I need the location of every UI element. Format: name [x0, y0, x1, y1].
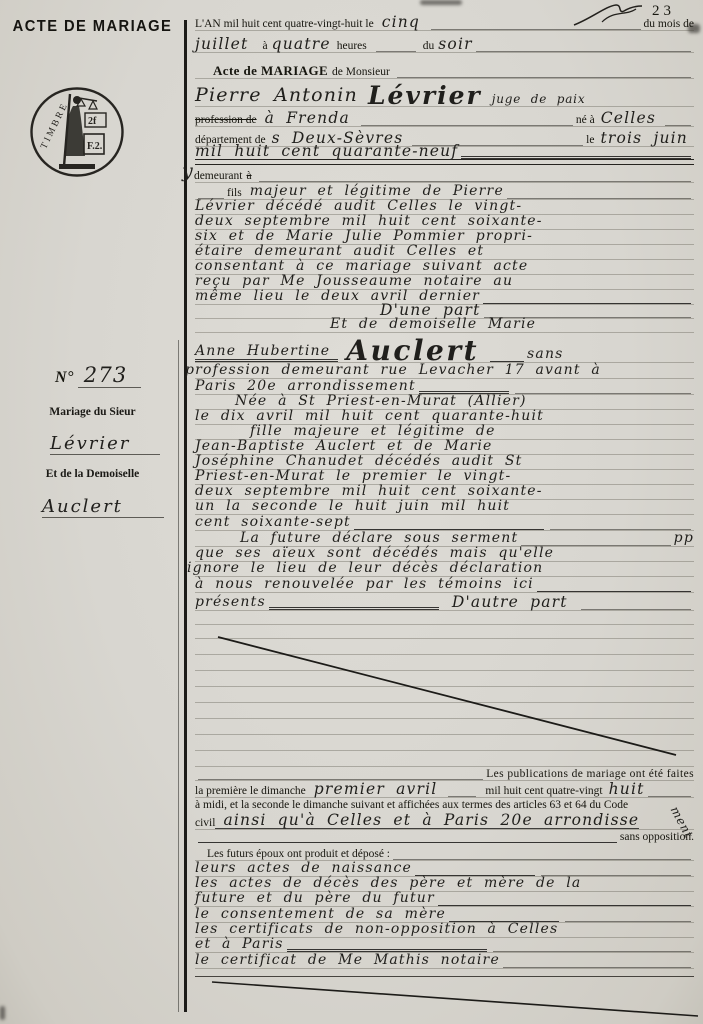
blank-ruled-line: [195, 736, 694, 751]
documents-intro-line: Les futurs époux ont produit et déposé :: [195, 845, 694, 861]
handwritten-text: Paris 20e arrondissement: [195, 379, 416, 394]
marriage-certificate-page: 23 ACTE DE MARIAGE TIMBRE 2f F.2. N° 273: [0, 0, 703, 1024]
blank-ruled-line: [195, 610, 694, 625]
document-item-2: future et du père du futur: [195, 891, 694, 907]
birth-year-line: mil huit cent quarante-neuf: [195, 146, 694, 159]
closing-rule: [195, 976, 694, 979]
handwritten-text: six et de Marie Julie Pommier propri-: [195, 229, 533, 244]
blank-ruled-line: [195, 704, 694, 719]
handwritten-text: sans: [527, 347, 564, 362]
dwelling-line: y demeurant à: [195, 166, 694, 183]
handwritten-birth-year: mil huit cent quarante-neuf: [195, 143, 458, 159]
handwritten-text: que ses aïeux sont décédés mais qu'elle: [195, 546, 554, 561]
printed-text: à: [248, 40, 271, 52]
handwritten-text: future et du père du futur: [195, 891, 435, 906]
no-opposition-line: sans opposition.: [195, 829, 694, 843]
printed-text: du: [419, 40, 439, 52]
bride-line-9: un la seconde le huit juin mil huit: [195, 499, 694, 515]
printed-text: à midi, et la seconde le dimanche suivan…: [195, 799, 628, 811]
column-divider-thin-rule: [178, 340, 179, 1012]
document-title: ACTE DE MARIAGE: [5, 18, 181, 36]
printed-text: heures: [331, 40, 373, 52]
document-item-6: le certificat de Me Mathis notaire: [195, 952, 694, 969]
printed-date-label: le: [586, 134, 594, 146]
groom-surname: Lévrier: [358, 85, 492, 106]
handwritten-dautre-part: D'autre part: [442, 594, 578, 610]
groom-given-names: Pierre Antonin: [195, 86, 358, 106]
presents-line: présents D'autre part: [195, 592, 694, 611]
handwritten-text: fille majeure et légitime de: [195, 424, 496, 439]
ruled-filler-line: [198, 840, 617, 843]
printed-text: du mois de: [644, 18, 694, 30]
blank-ruled-line: [195, 688, 694, 703]
handwritten-text: à nous renouvelée par les témoins ici: [195, 577, 534, 592]
margin-groom-label: Mariage du Sieur: [0, 406, 185, 418]
printed-publications-intro: Les publications de mariage ont été fait…: [486, 768, 694, 780]
printed-struck-text: à: [242, 170, 255, 182]
blank-ruled-line: [195, 656, 694, 671]
handwritten-text: reçu par Me Jousseaume notaire au: [195, 274, 513, 289]
bride-surname: Auclert: [338, 340, 487, 362]
blank-ruled-line: [195, 624, 694, 639]
handwritten-birthdate: trois juin: [594, 130, 694, 146]
handwritten-civil-text: ainsi qu'à Celles et à Paris 20e arrondi…: [215, 812, 639, 829]
margin-column: ACTE DE MARIAGE TIMBRE 2f F.2. N° 273 Ma…: [0, 0, 185, 1024]
handwritten-text: présents: [195, 595, 266, 610]
margin-groom-name: Lévrier: [50, 433, 160, 455]
handwritten-first-date: premier avril: [306, 781, 446, 797]
printed-text: L'AN mil huit cent quatre-vingt-huit le: [195, 18, 374, 30]
bride-given-names: Anne Hubertine: [195, 344, 338, 362]
ruled-filler-line: [476, 49, 691, 52]
blank-ruled-line: [195, 672, 694, 687]
printed-fils-label: fils: [227, 187, 242, 199]
handwritten-text: La future déclare sous serment: [195, 531, 518, 546]
handwritten-text: deux septembre mil huit cent soixante-: [195, 484, 543, 499]
publications-first-line: la première le dimanche premier avril mi…: [195, 780, 694, 798]
scan-smudge: [420, 0, 462, 5]
handwritten-text: ignore le lieu de leur décès déclaration: [187, 561, 543, 576]
handwritten-text: les certificats de non-opposition à Cell…: [195, 922, 558, 937]
printed-text: la première le dimanche: [195, 785, 306, 797]
handwritten-text: les actes de décès des père et mère de l…: [195, 876, 581, 891]
handwritten-day: cinq: [374, 14, 428, 30]
blank-ruled-line: [195, 720, 694, 735]
handwritten-text: cent soixante-sept: [195, 515, 351, 530]
publications-intro-line: Les publications de mariage ont été fait…: [195, 766, 694, 781]
filiation-line-0: fils majeur et légitime de Pierre: [195, 182, 694, 200]
printed-documents-intro: Les futurs époux ont produit et déposé :: [195, 848, 390, 860]
opening-line-2: juillet à quatre heures du soir: [195, 30, 694, 53]
blank-ruled-line: [195, 752, 694, 767]
handwritten-text: et à Paris: [195, 937, 284, 952]
opening-line-1: L'AN mil huit cent quatre-vingt-huit le …: [195, 8, 694, 31]
handwritten-text: majeur et légitime de Pierre: [242, 184, 504, 199]
bride-line-14: à nous renouvelée par les témoins ici: [195, 576, 694, 593]
handwritten-text: consentant à ce mariage suivant acte: [195, 259, 528, 274]
handwritten-year: huit: [609, 781, 645, 797]
bride-line-10: cent soixante-sept: [195, 514, 694, 531]
cancellation-stroke-2: [212, 982, 698, 1016]
stamp-box-top-text: 2f: [88, 116, 97, 127]
groom-name-line: Pierre Antonin Lévrier juge de paix: [195, 76, 694, 107]
document-item-5: et à Paris: [195, 937, 694, 953]
handwritten-text: Lévrier décédé audit Celles le vingt-: [195, 199, 522, 214]
handwritten-text: leurs actes de naissance: [195, 861, 412, 876]
record-number: N° 273: [55, 363, 141, 387]
printed-profession-label: profession de: [195, 114, 257, 126]
handwritten-text: Joséphine Chanudet décédés audit St: [195, 454, 523, 469]
handwritten-month: juillet: [195, 36, 248, 52]
blank-ruled-line: [195, 640, 694, 655]
printed-born-label: né à: [576, 114, 595, 126]
handwritten-residence: à Frenda: [257, 110, 358, 126]
handwritten-text: le consentement de sa mère: [195, 907, 446, 922]
handwritten-text: un la seconde le huit juin mil huit: [195, 499, 510, 514]
handwritten-text: Priest-en-Murat le premier le vingt-: [195, 469, 511, 484]
printed-no-opposition: sans opposition.: [620, 831, 694, 843]
handwritten-text: deux septembre mil huit cent soixante-: [195, 214, 543, 229]
bride-line-0: profession demeurant rue Levacher 17 ava…: [195, 362, 694, 379]
record-number-value: 273: [78, 363, 142, 388]
groom-occupation: juge de paix: [492, 93, 586, 106]
ruled-filler-line: [376, 49, 416, 52]
bride-intro-line: Et de demoiselle Marie: [195, 318, 694, 333]
handwritten-text: Jean-Baptiste Auclert et de Marie: [195, 439, 493, 454]
section-double-rule: [195, 159, 694, 165]
bride-name-line: Anne Hubertine Auclert sans: [195, 332, 694, 363]
handwritten-text: profession demeurant rue Levacher 17 ava…: [185, 363, 601, 378]
handwritten-hour: quatre: [272, 36, 331, 52]
publications-civil-line: civil ainsi qu'à Celles et à Paris 20e a…: [195, 811, 694, 830]
bride-line-13: ignore le lieu de leur décès déclaration: [195, 561, 694, 577]
ruled-filler-line: [503, 965, 691, 968]
paraph-mark: y: [182, 162, 194, 182]
margin-bride-label: Et de la Demoiselle: [0, 468, 185, 480]
printed-civil-label: civil: [195, 817, 215, 829]
handwritten-text: Née à St Priest-en-Murat (Allier): [195, 394, 527, 409]
handwritten-period: soir: [438, 36, 472, 52]
handwritten-text: le dix avril mil huit cent quarante-huit: [195, 409, 544, 424]
handwritten-text: le certificat de Me Mathis notaire: [195, 953, 500, 968]
profession-line: profession de à Frenda né à Celles: [195, 106, 694, 127]
margin-flourish: pp: [674, 531, 694, 546]
stamp-box-bottom-text: F.2.: [87, 141, 103, 152]
margin-bride-name: Auclert: [42, 496, 164, 518]
record-number-label: N°: [55, 369, 74, 386]
timbre-stamp-icon: TIMBRE 2f F.2.: [29, 86, 126, 178]
printed-dwelling-label: demeurant: [194, 170, 243, 182]
printed-text: mil huit cent quatre-vingt: [479, 785, 608, 797]
handwritten-bride-intro: Et de demoiselle Marie: [330, 317, 536, 332]
handwritten-text: étaire demeurant audit Celles et: [195, 244, 484, 259]
handwritten-birthplace: Celles: [595, 110, 662, 126]
publications-second-line: à midi, et la seconde le dimanche suivan…: [195, 797, 694, 811]
